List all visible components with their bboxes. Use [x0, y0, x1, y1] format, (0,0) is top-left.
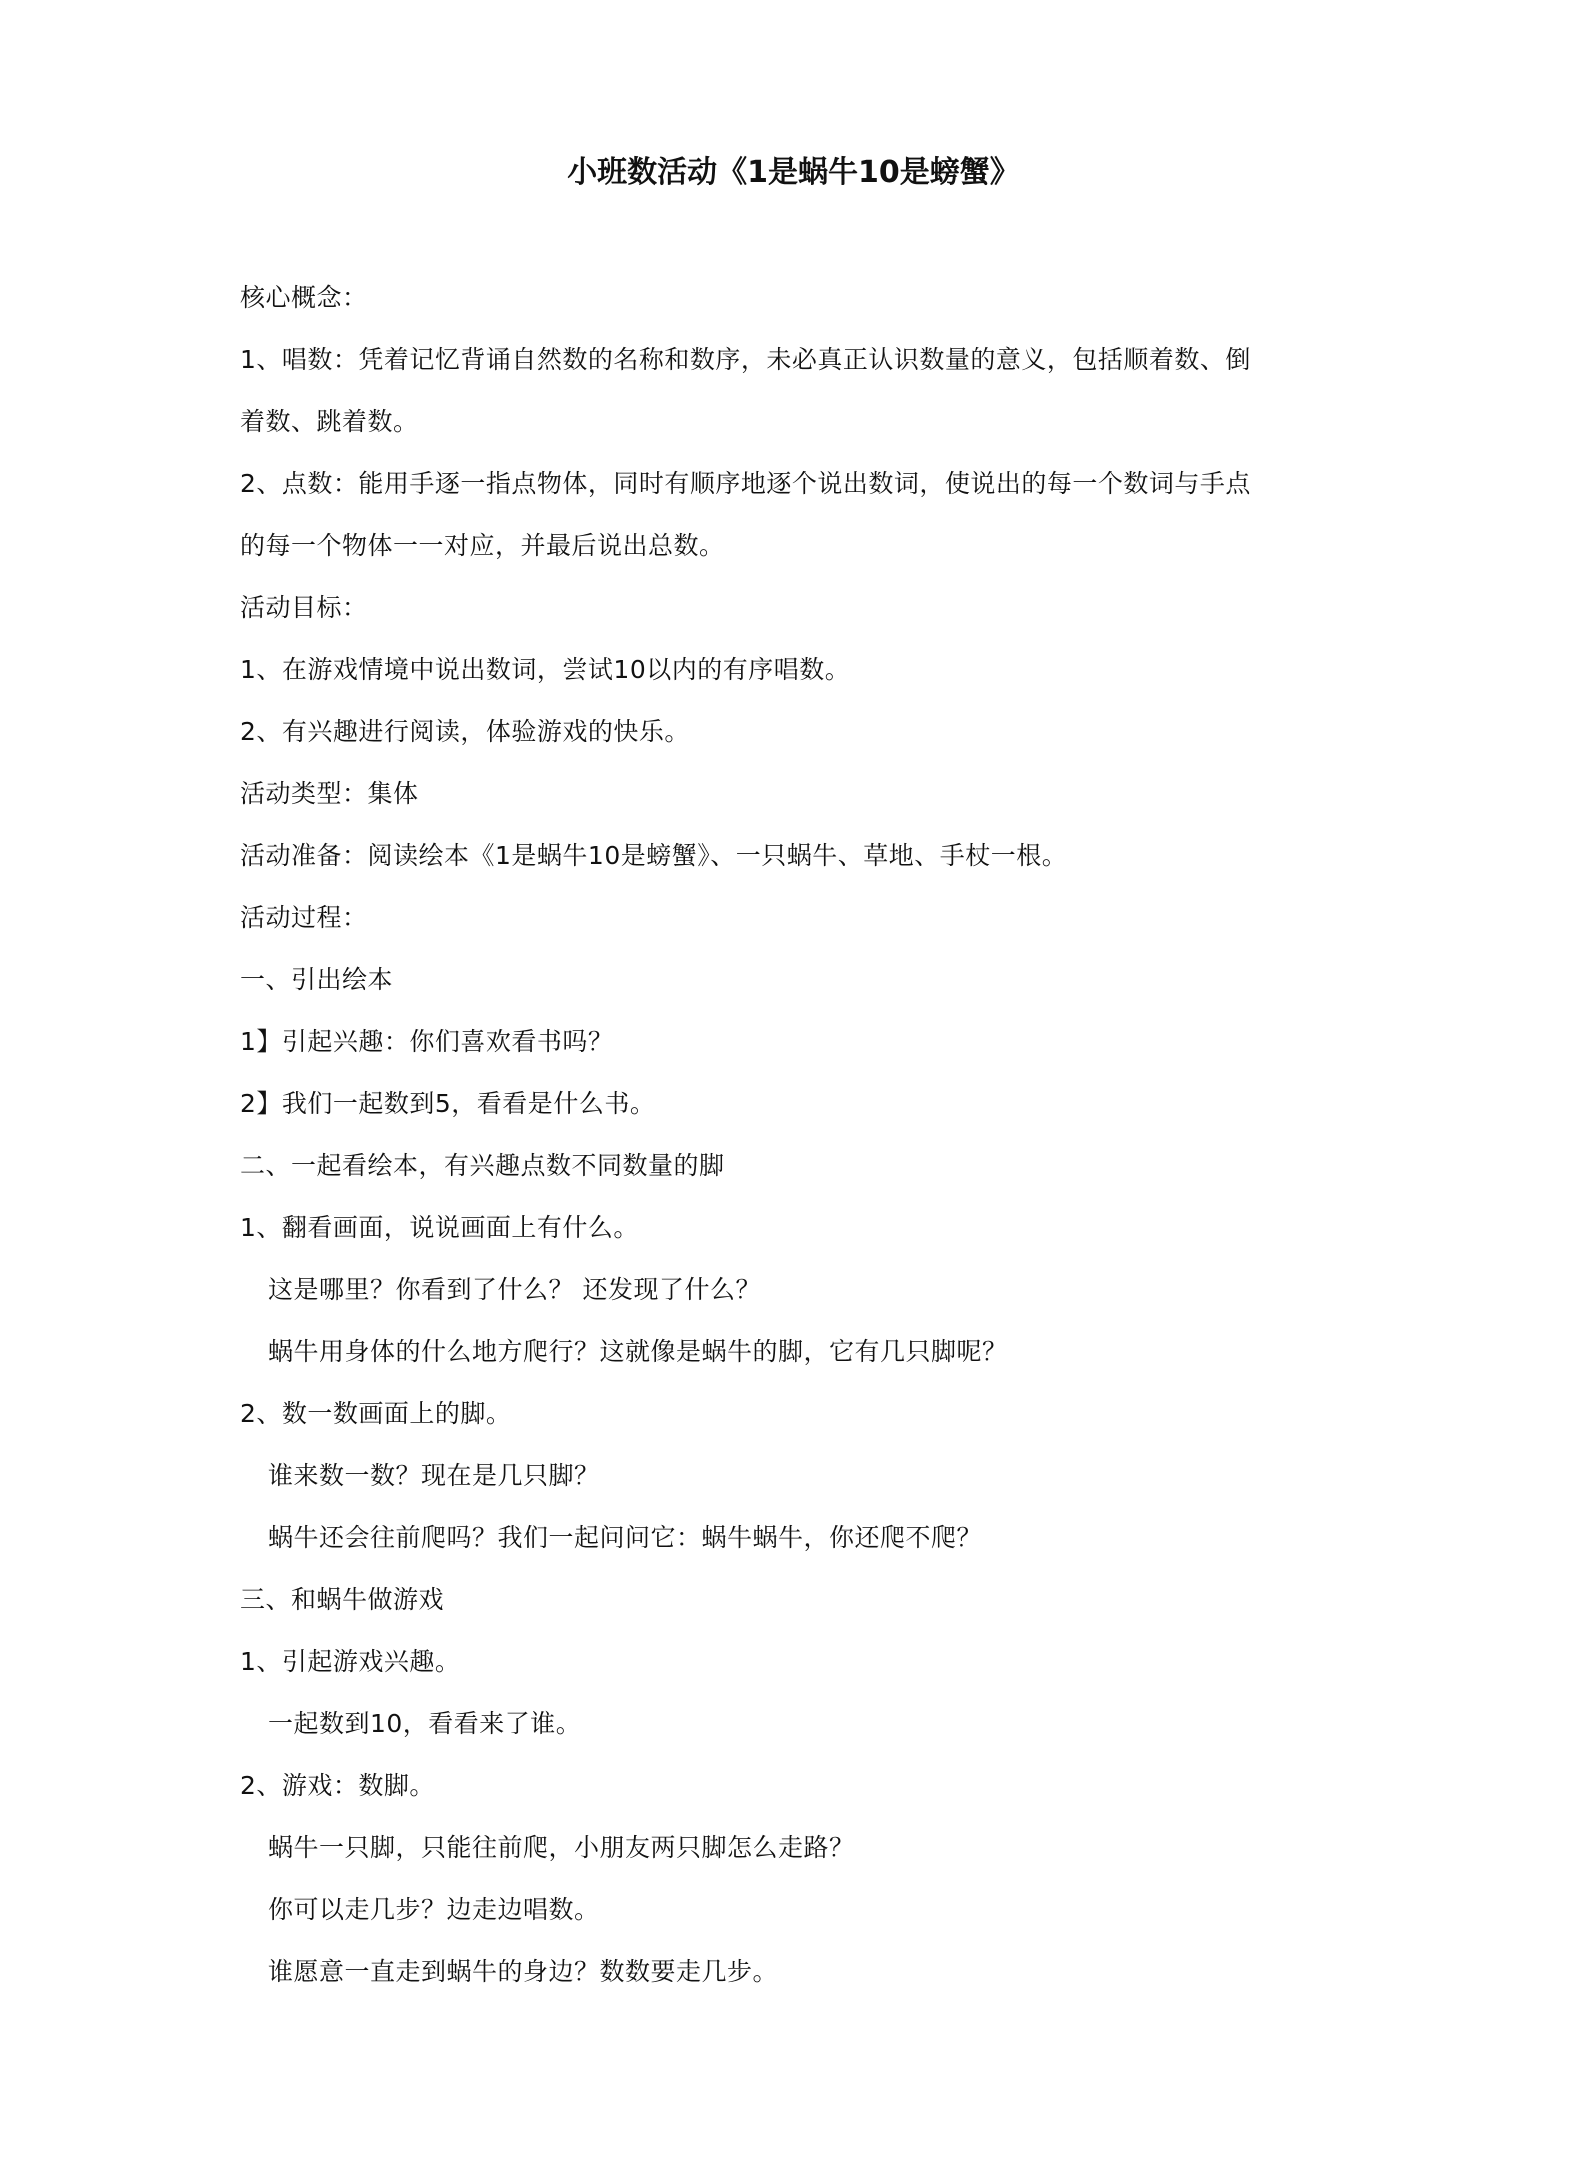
paragraph-line: 1】引起兴趣：你们喜欢看书吗？: [240, 1024, 613, 1060]
document-page: 小班数活动《1是蜗牛10是螃蟹》 核心概念：1、唱数：凭着记忆背诵自然数的名称和…: [0, 0, 1587, 2157]
paragraph-line: 2、游戏：数脚。: [240, 1768, 435, 1804]
paragraph-line: 蜗牛一只脚，只能往前爬，小朋友两只脚怎么走路？: [268, 1830, 855, 1866]
paragraph-line: 活动目标：: [240, 590, 368, 626]
paragraph-line: 的每一个物体一一对应，并最后说出总数。: [240, 528, 725, 564]
paragraph-line: 1、在游戏情境中说出数词，尝试10以内的有序唱数。: [240, 652, 850, 688]
paragraph-line: 1、唱数：凭着记忆背诵自然数的名称和数序，未必真正认识数量的意义，包括顺着数、倒: [240, 342, 1251, 378]
paragraph-line: 这是哪里？你看到了什么？ 还发现了什么？: [268, 1272, 761, 1308]
paragraph-line: 2、点数：能用手逐一指点物体，同时有顺序地逐个说出数词，使说出的每一个数词与手点: [240, 466, 1251, 502]
paragraph-line: 2、有兴趣进行阅读，体验游戏的快乐。: [240, 714, 690, 750]
paragraph-line: 谁愿意一直走到蜗牛的身边？数数要走几步。: [268, 1954, 778, 1990]
paragraph-line: 蜗牛用身体的什么地方爬行？这就像是蜗牛的脚，它有几只脚呢？: [268, 1334, 1008, 1370]
paragraph-line: 活动准备：阅读绘本《1是蜗牛10是螃蟹》、一只蜗牛、草地、手杖一根。: [240, 838, 1067, 874]
paragraph-line: 着数、跳着数。: [240, 404, 419, 440]
paragraph-line: 2】我们一起数到5，看看是什么书。: [240, 1086, 655, 1122]
paragraph-line: 蜗牛还会往前爬吗？我们一起问问它：蜗牛蜗牛，你还爬不爬？: [268, 1520, 982, 1556]
paragraph-line: 三、和蜗牛做游戏: [240, 1582, 444, 1618]
paragraph-line: 一、引出绘本: [240, 962, 393, 998]
document-title: 小班数活动《1是蜗牛10是螃蟹》: [0, 153, 1587, 193]
paragraph-line: 活动过程：: [240, 900, 368, 936]
paragraph-line: 1、翻看画面，说说画面上有什么。: [240, 1210, 639, 1246]
paragraph-line: 核心概念：: [240, 280, 368, 316]
paragraph-line: 2、数一数画面上的脚。: [240, 1396, 511, 1432]
paragraph-line: 你可以走几步？边走边唱数。: [268, 1892, 600, 1928]
paragraph-line: 一起数到10，看看来了谁。: [268, 1706, 581, 1742]
paragraph-line: 谁来数一数？现在是几只脚？: [268, 1458, 600, 1494]
paragraph-line: 1、引起游戏兴趣。: [240, 1644, 460, 1680]
paragraph-line: 二、一起看绘本，有兴趣点数不同数量的脚: [240, 1148, 725, 1184]
paragraph-line: 活动类型：集体: [240, 776, 419, 812]
